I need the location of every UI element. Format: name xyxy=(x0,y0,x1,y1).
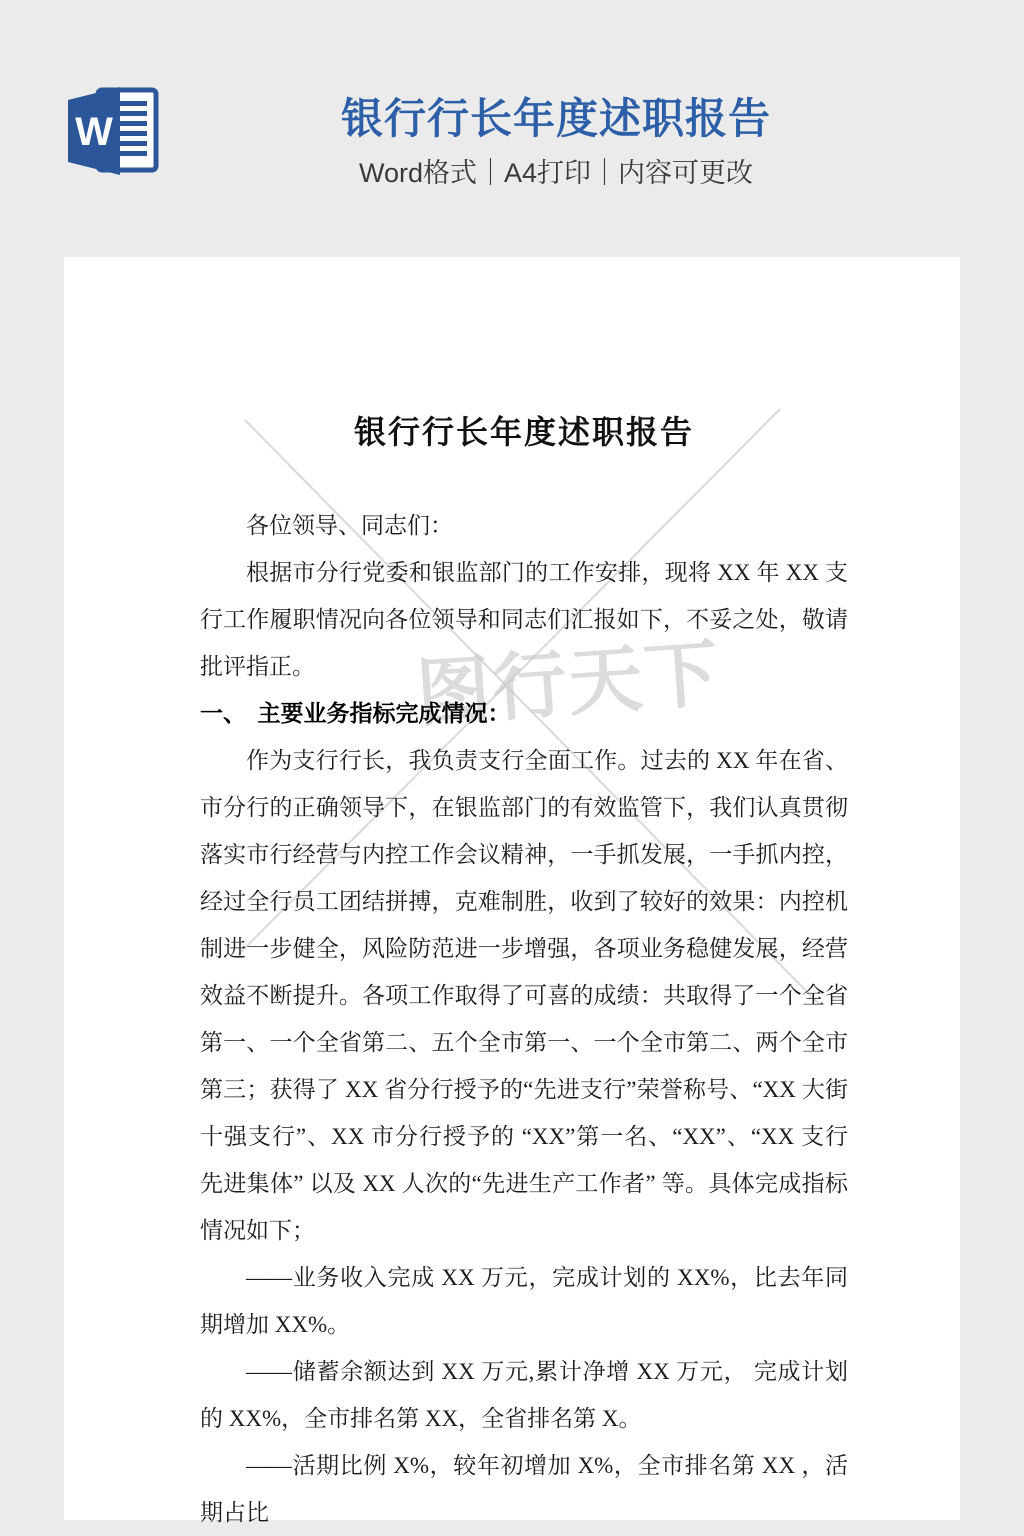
paragraph: ——业务收入完成 XX 万元，完成计划的 XX%，比去年同期增加 XX%。 xyxy=(200,1254,848,1348)
template-title: 银行行长年度述职报告 xyxy=(88,94,1024,144)
paragraph: 各位领导、同志们： xyxy=(200,502,848,549)
document-body: 各位领导、同志们：根据市分行党委和银监部门的工作安排，现将 XX 年 XX 支行… xyxy=(200,502,848,1536)
paragraph: ——活期比例 X%，较年初增加 X%，全市排名第 XX ，活期占比 xyxy=(200,1442,848,1536)
screen: { "meta": { "background_color": "#ebebeb… xyxy=(0,0,1024,1536)
paragraph: 作为支行行长，我负责支行全面工作。过去的 XX 年在省、市分行的正确领导下，在银… xyxy=(200,737,848,1254)
section-heading: 一、 主要业务指标完成情况： xyxy=(200,690,848,737)
paragraph: ——储蓄余额达到 XX 万元,累计净增 XX 万元， 完成计划的 XX%，全市排… xyxy=(200,1348,848,1442)
header-text-block: 银行行长年度述职报告 Word格式｜A4打印｜内容可更改 xyxy=(0,0,1024,190)
template-subtitle: Word格式｜A4打印｜内容可更改 xyxy=(88,156,1024,190)
template-header: W 银行行长年度述职报告 Word格式｜A4打印｜内容可更改 xyxy=(0,0,1024,257)
document-content: 银行行长年度述职报告 各位领导、同志们：根据市分行党委和银监部门的工作安排，现将… xyxy=(64,257,960,1536)
document-title: 银行行长年度述职报告 xyxy=(200,407,848,457)
paragraph: 根据市分行党委和银监部门的工作安排，现将 XX 年 XX 支行工作履职情况向各位… xyxy=(200,549,848,690)
document-page: 图行天下 银行行长年度述职报告 各位领导、同志们：根据市分行党委和银监部门的工作… xyxy=(64,257,960,1520)
